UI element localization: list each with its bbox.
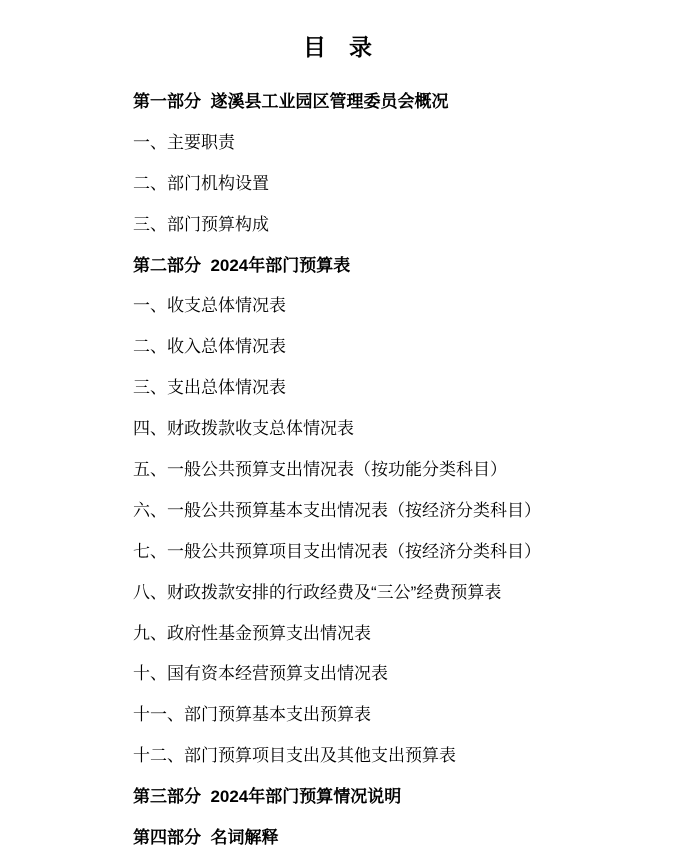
toc-entry: 九、政府性基金预算支出情况表	[133, 614, 645, 655]
table-of-contents: 第一部分 遂溪县工业园区管理委员会概况 一、主要职责 二、部门机构设置 三、部门…	[133, 82, 645, 852]
toc-entry: 三、支出总体情况表	[133, 368, 645, 409]
document-page: 目 录 第一部分 遂溪县工业园区管理委员会概况 一、主要职责 二、部门机构设置 …	[0, 0, 675, 852]
toc-entry: 二、部门机构设置	[133, 164, 645, 205]
toc-entry: 十二、部门预算项目支出及其他支出预算表	[133, 736, 645, 777]
toc-entry: 十、国有资本经营预算支出情况表	[133, 654, 645, 695]
toc-entry: 五、一般公共预算支出情况表（按功能分类科目）	[133, 450, 645, 491]
toc-part-heading-3: 第三部分 2024年部门预算情况说明	[133, 777, 645, 818]
toc-part-heading-1: 第一部分 遂溪县工业园区管理委员会概况	[133, 82, 645, 123]
toc-entry: 四、财政拨款收支总体情况表	[133, 409, 645, 450]
toc-entry: 十一、部门预算基本支出预算表	[133, 695, 645, 736]
toc-entry: 三、部门预算构成	[133, 205, 645, 246]
toc-part-heading-4: 第四部分 名词解释	[133, 818, 645, 852]
toc-entry: 一、收支总体情况表	[133, 286, 645, 327]
toc-entry: 八、财政拨款安排的行政经费及“三公”经费预算表	[133, 573, 645, 614]
toc-entry: 七、一般公共预算项目支出情况表（按经济分类科目）	[133, 532, 645, 573]
page-title: 目 录	[0, 34, 675, 62]
toc-entry: 二、收入总体情况表	[133, 327, 645, 368]
toc-part-heading-2: 第二部分 2024年部门预算表	[133, 246, 645, 287]
toc-entry: 六、一般公共预算基本支出情况表（按经济分类科目）	[133, 491, 645, 532]
toc-entry: 一、主要职责	[133, 123, 645, 164]
